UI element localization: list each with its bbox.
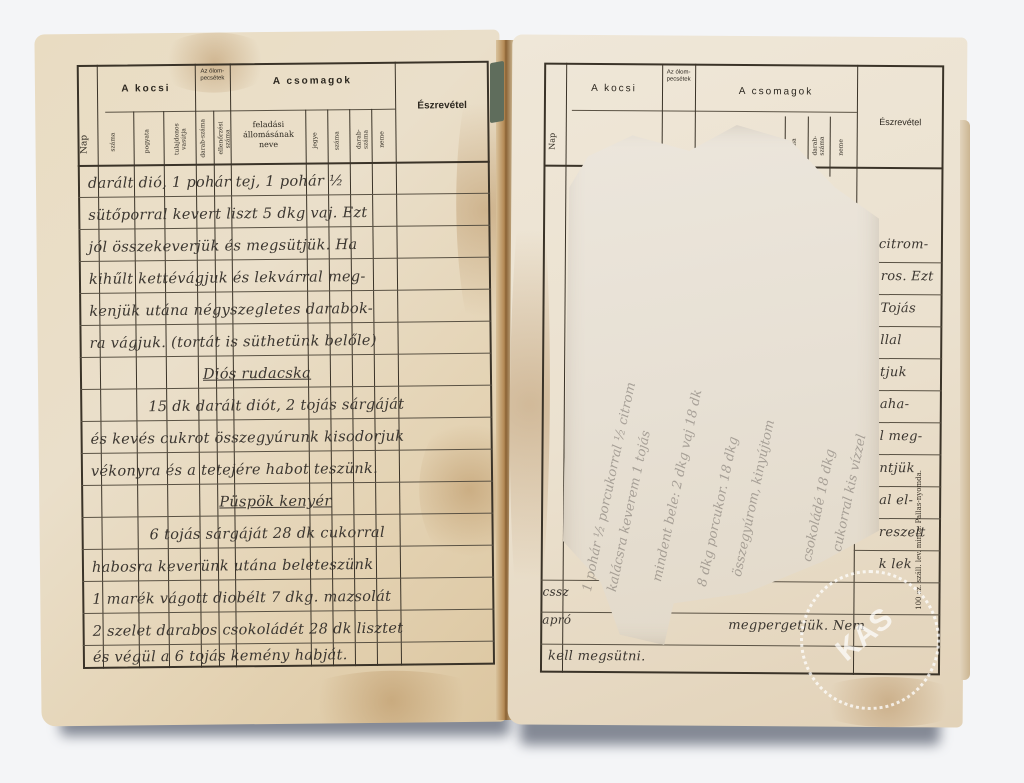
header-kocsi-pogyata: pogyata [143,123,150,159]
handwritten-line: kenjük utána négyszegletes darabok- [89,301,373,320]
header-kocsi: A kocsi [97,83,195,95]
handwritten-line: jól összekeverjük és megsütjük. Ha [89,237,358,256]
handwritten-fragment: k lek [879,557,912,572]
header-darabszama: darab-száma [355,121,369,157]
handwritten-fragment: apró [542,613,571,627]
handwritten-line: kihűlt kettévágjuk és lekvárral meg- [89,269,366,288]
header-olom-ellenorzesi: ellenőrzési száma [217,116,231,160]
header-jegye: jegye [311,125,318,155]
embossed-stamp: KAS [800,570,940,710]
header-olom: Az ólom-pecsétek [662,69,695,83]
header-neme: neme [378,125,385,155]
handwritten-line: 15 dk darált diót, 2 tojás sárgáját [148,397,404,416]
handwritten-fragment: aha- [880,397,910,412]
header-eszrevetel: Észrevétel [395,100,489,112]
header-kocsi: A kocsi [566,83,662,95]
header-csomagok: A csomagok [695,86,857,98]
handwritten-fragment: l meg- [880,429,923,444]
handwritten-line: vékonyra és a tetejére habot teszünk. [91,461,378,480]
left-page: A kocsi Az ólom-pecsétek A csomagok Észr… [34,30,506,727]
handwritten-line: darált dió, 1 pohár tej, 1 pohár ½ [88,173,344,192]
handwritten-line: és kevés cukrot összegyúrunk kisodorjuk [91,429,405,448]
page-edges [960,120,970,680]
handwritten-line: habosra keverünk utána beleteszünk [92,557,374,576]
header-kocsi-szama: száma [109,124,116,160]
header-eszrevetel: Észrevétel [857,117,944,128]
header-neme: neme [838,133,845,163]
header-szama: száma [333,125,340,155]
stamp-text: KAS [829,602,899,669]
handwritten-fragment: ntjük [879,461,914,476]
header-csomagok: A csomagok [230,75,395,88]
handwritten-fragment: cssz [542,585,569,599]
header-olom-darab: darab-száma [199,117,206,161]
handwritten-line: sütőporral kevert liszt 5 dkg vaj. Ezt [88,205,367,224]
header-nap: Nap [79,124,89,164]
handwritten-fragment: tjuk [880,365,907,380]
handwritten-line: 1 marék vágott diobélt 7 dkg. mazsolát [92,589,391,608]
header-kocsi-vasutja: tulajdonos vasútja [173,117,187,161]
handwritten-line: 2 szelet darabos csokoládét 28 dk liszte… [93,621,404,640]
handwritten-fragment: llal [880,333,902,348]
handwritten-line: és végül a 6 tojás kemény habját. [93,647,348,666]
cover-fragment [490,61,504,123]
header-nap: Nap [548,127,557,157]
handwritten-line: ra vágjuk. (tortát is süthetünk belőle) [90,333,377,352]
recipe-title: Püspök kenyér [219,493,331,510]
handwritten-fragment: ros. Ezt [881,269,934,284]
header-darabszama: darab-száma [812,129,826,163]
recipe-title: Diós rudacska [203,366,311,383]
header-feladasi: feladási állomásának neve [233,120,303,151]
handwritten-line: 6 tojás sárgáját 28 dk cukorral [150,525,385,543]
handwritten-fragment: citrom- [879,237,929,252]
handwritten-fragment: al el- [879,493,913,508]
handwritten-fragment: kell megsütni. [548,649,646,665]
handwritten-fragment: Tojás [880,301,916,316]
header-olom: Az ólom-pecsétek [195,68,230,82]
